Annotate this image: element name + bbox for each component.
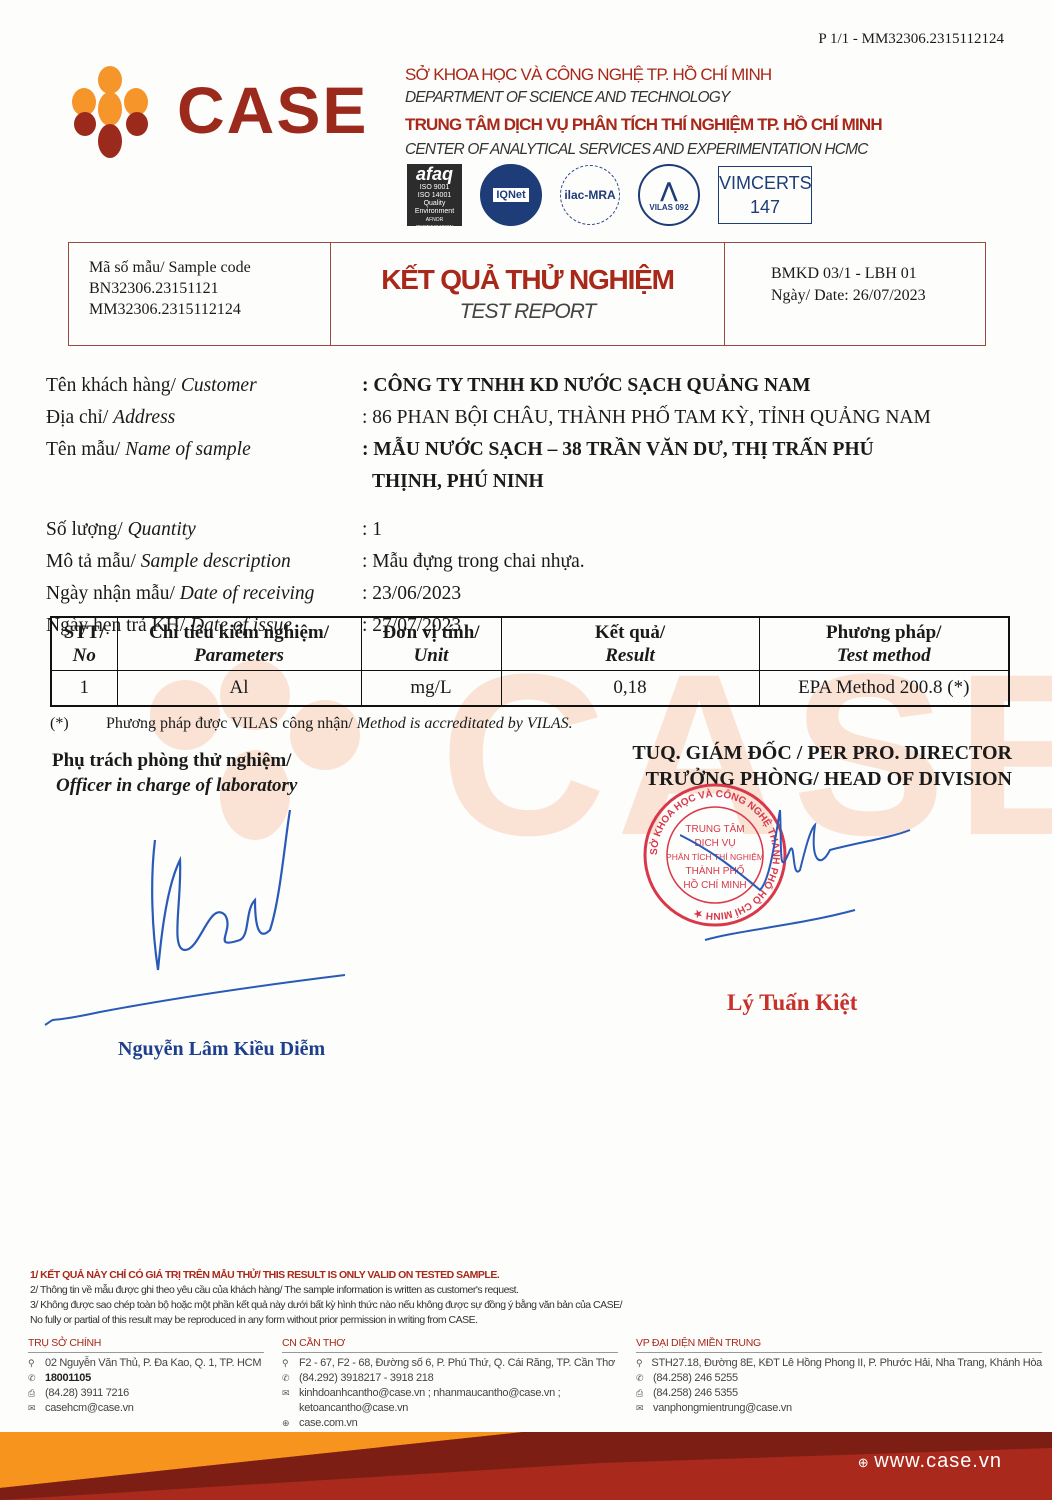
director-signature <box>680 790 940 950</box>
afaq-iso-badge: afaq ISO 9001 ISO 14001 Quality Environm… <box>407 164 462 226</box>
form-info-cell: BMKD 03/1 - LBH 01 Ngày/ Date: 26/07/202… <box>725 243 985 345</box>
table-row: 1 Al mg/L 0,18 EPA Method 200.8 (*) <box>51 671 1009 707</box>
info-row: Tên mẫu/ Name of sample: MẪU NƯỚC SẠCH –… <box>46 434 1016 498</box>
page-reference: P 1/1 - MM32306.2315112124 <box>818 31 1004 48</box>
globe-icon: ⊕ <box>858 1455 875 1470</box>
officer-signature <box>40 800 360 1040</box>
office-line: ✉vanphongmientrung@case.vn <box>636 1401 1042 1416</box>
info-row: Ngày nhận mẫu/ Date of receiving: 23/06/… <box>46 578 1016 610</box>
cell-parameter: Al <box>117 671 361 707</box>
info-value: : MẪU NƯỚC SẠCH – 38 TRẦN VĂN DƯ, THỊ TR… <box>362 434 1016 498</box>
info-label: Tên mẫu/ Name of sample <box>46 434 362 498</box>
office-line: ✆18001105 <box>28 1371 264 1386</box>
office-line: ✉casehcm@case.vn <box>28 1401 264 1416</box>
officer-title: Phụ trách phòng thử nghiệm/ Officer in c… <box>52 748 297 798</box>
fax-icon: ⎙ <box>636 1386 650 1401</box>
report-title-box: Mã số mẫu/ Sample code BN32306.23151121 … <box>68 242 986 346</box>
header-result: Kết quả/Result <box>501 617 759 671</box>
table-header-row: STT/No Chỉ tiêu kiểm nghiệm/Parameters Đ… <box>51 617 1009 671</box>
sample-info: Tên khách hàng/ Customer: CÔNG TY TNHH K… <box>46 370 1016 642</box>
office-title: VP ĐẠI DIỆN MIỀN TRUNG <box>636 1336 1042 1353</box>
info-label: Mô tả mẫu/ Sample description <box>46 546 362 578</box>
info-label: Địa chỉ/ Address <box>46 402 362 434</box>
report-title-vn: KẾT QUẢ THỬ NGHIỆM <box>331 263 724 297</box>
office-title: CN CẦN THƠ <box>282 1336 618 1353</box>
website-link[interactable]: ⊕ www.case.vn <box>858 1450 1002 1473</box>
location-icon: ⚲ <box>28 1356 42 1371</box>
ilac-mra-badge: ilac-MRA <box>560 165 620 225</box>
certification-badges: afaq ISO 9001 ISO 14001 Quality Environm… <box>407 163 812 227</box>
office-line: ✉kinhdoanhcantho@case.vn ; nhanmaucantho… <box>282 1386 618 1401</box>
indent <box>282 1401 296 1416</box>
location-icon: ⚲ <box>282 1356 296 1371</box>
department-en: DEPARTMENT OF SCIENCE AND TECHNOLOGY <box>405 87 882 109</box>
info-label: Số lượng/ Quantity <box>46 514 362 546</box>
info-row: Địa chỉ/ Address: 86 PHAN BỘI CHÂU, THÀN… <box>46 402 1016 434</box>
office-line: ⚲02 Nguyễn Văn Thủ, P. Đa Kao, Q. 1, TP.… <box>28 1356 264 1371</box>
center-vn: TRUNG TÂM DỊCH VỤ PHÂN TÍCH THÍ NGHIỆM T… <box>405 109 882 141</box>
mail-icon: ✉ <box>28 1401 42 1416</box>
director-name: Lý Tuấn Kiệt <box>727 990 857 1016</box>
header-method: Phương pháp/Test method <box>759 617 1009 671</box>
cell-unit: mg/L <box>361 671 501 707</box>
info-label: Tên khách hàng/ Customer <box>46 370 362 402</box>
office-line: ✆(84.292) 3918217 - 3918 218 <box>282 1371 618 1386</box>
disclaimer-notes: 1/ KẾT QUẢ NÀY CHỈ CÓ GIÁ TRỊ TRÊN MẪU T… <box>30 1268 622 1328</box>
info-value: : 23/06/2023 <box>362 578 1016 610</box>
report-date: Ngày/ Date: 26/07/2023 <box>771 285 985 307</box>
info-row: Mô tả mẫu/ Sample description: Mẫu đựng … <box>46 546 1016 578</box>
office-central: VP ĐẠI DIỆN MIỀN TRUNG⚲STH27.18, Đường 8… <box>636 1336 1042 1416</box>
office-line: ketoancantho@case.vn <box>282 1401 618 1416</box>
officer-name: Nguyễn Lâm Kiều Diễm <box>118 1038 325 1061</box>
info-row: Tên khách hàng/ Customer: CÔNG TY TNHH K… <box>46 370 1016 402</box>
info-value: : 86 PHAN BỘI CHÂU, THÀNH PHỐ TAM KỲ, TỈ… <box>362 402 1016 434</box>
phone-icon: ✆ <box>28 1371 42 1386</box>
logo-wordmark: CASE <box>177 72 368 148</box>
accreditation-footnote: (*)Phương pháp được VILAS công nhận/ Met… <box>50 715 573 733</box>
office-line: ⚲F2 - 67, F2 - 68, Đường số 6, P. Phú Th… <box>282 1356 618 1371</box>
sample-code-1: BN32306.23151121 <box>89 278 330 299</box>
report-title-en: TEST REPORT <box>331 297 724 327</box>
office-line: ⚲STH27.18, Đường 8E, KĐT Lê Hồng Phong I… <box>636 1356 1042 1371</box>
office-line: ⎙(84.28) 3911 7216 <box>28 1386 264 1401</box>
info-value: : Mẫu đựng trong chai nhựa. <box>362 546 1016 578</box>
vimcerts-badge: VIMCERTS 147 <box>718 166 812 224</box>
fax-icon: ⎙ <box>28 1386 42 1401</box>
sample-code-2: MM32306.2315112124 <box>89 299 330 320</box>
iqnet-badge: IQNet <box>480 164 542 226</box>
department-vn: SỞ KHOA HỌC VÀ CÔNG NGHỆ TP. HỒ CHÍ MINH <box>405 63 882 87</box>
mail-icon: ✉ <box>282 1386 296 1401</box>
vilas-badge: ⋀ VILAS 092 <box>638 164 700 226</box>
results-table: STT/No Chỉ tiêu kiểm nghiệm/Parameters Đ… <box>50 616 1010 707</box>
office-line: ✆(84.258) 246 5255 <box>636 1371 1042 1386</box>
phone-icon: ✆ <box>636 1371 650 1386</box>
info-value: : 1 <box>362 514 1016 546</box>
office-can-tho: CN CẦN THƠ⚲F2 - 67, F2 - 68, Đường số 6,… <box>282 1336 618 1431</box>
info-label: Ngày nhận mẫu/ Date of receiving <box>46 578 362 610</box>
cell-method: EPA Method 200.8 (*) <box>759 671 1009 707</box>
form-code: BMKD 03/1 - LBH 01 <box>771 263 985 285</box>
case-logo: CASE <box>72 62 372 162</box>
info-value: : CÔNG TY TNHH KD NƯỚC SẠCH QUẢNG NAM <box>362 370 1016 402</box>
header-parameters: Chỉ tiêu kiểm nghiệm/Parameters <box>117 617 361 671</box>
info-row: Số lượng/ Quantity: 1 <box>46 514 1016 546</box>
cell-no: 1 <box>51 671 117 707</box>
sample-code-cell: Mã số mẫu/ Sample code BN32306.23151121 … <box>69 243 331 345</box>
mail-icon: ✉ <box>636 1401 650 1416</box>
location-icon: ⚲ <box>636 1356 648 1371</box>
center-en: CENTER OF ANALYTICAL SERVICES AND EXPERI… <box>405 141 882 159</box>
cell-result: 0,18 <box>501 671 759 707</box>
office-title: TRỤ SỞ CHÍNH <box>28 1336 264 1353</box>
office-head-office: TRỤ SỞ CHÍNH⚲02 Nguyễn Văn Thủ, P. Đa Ka… <box>28 1336 264 1416</box>
header-unit: Đơn vị tính/Unit <box>361 617 501 671</box>
organization-header: SỞ KHOA HỌC VÀ CÔNG NGHỆ TP. HỒ CHÍ MINH… <box>405 63 882 159</box>
report-title-cell: KẾT QUẢ THỬ NGHIỆM TEST REPORT <box>331 243 725 345</box>
header-no: STT/No <box>51 617 117 671</box>
office-line: ⎙(84.258) 246 5355 <box>636 1386 1042 1401</box>
phone-icon: ✆ <box>282 1371 296 1386</box>
